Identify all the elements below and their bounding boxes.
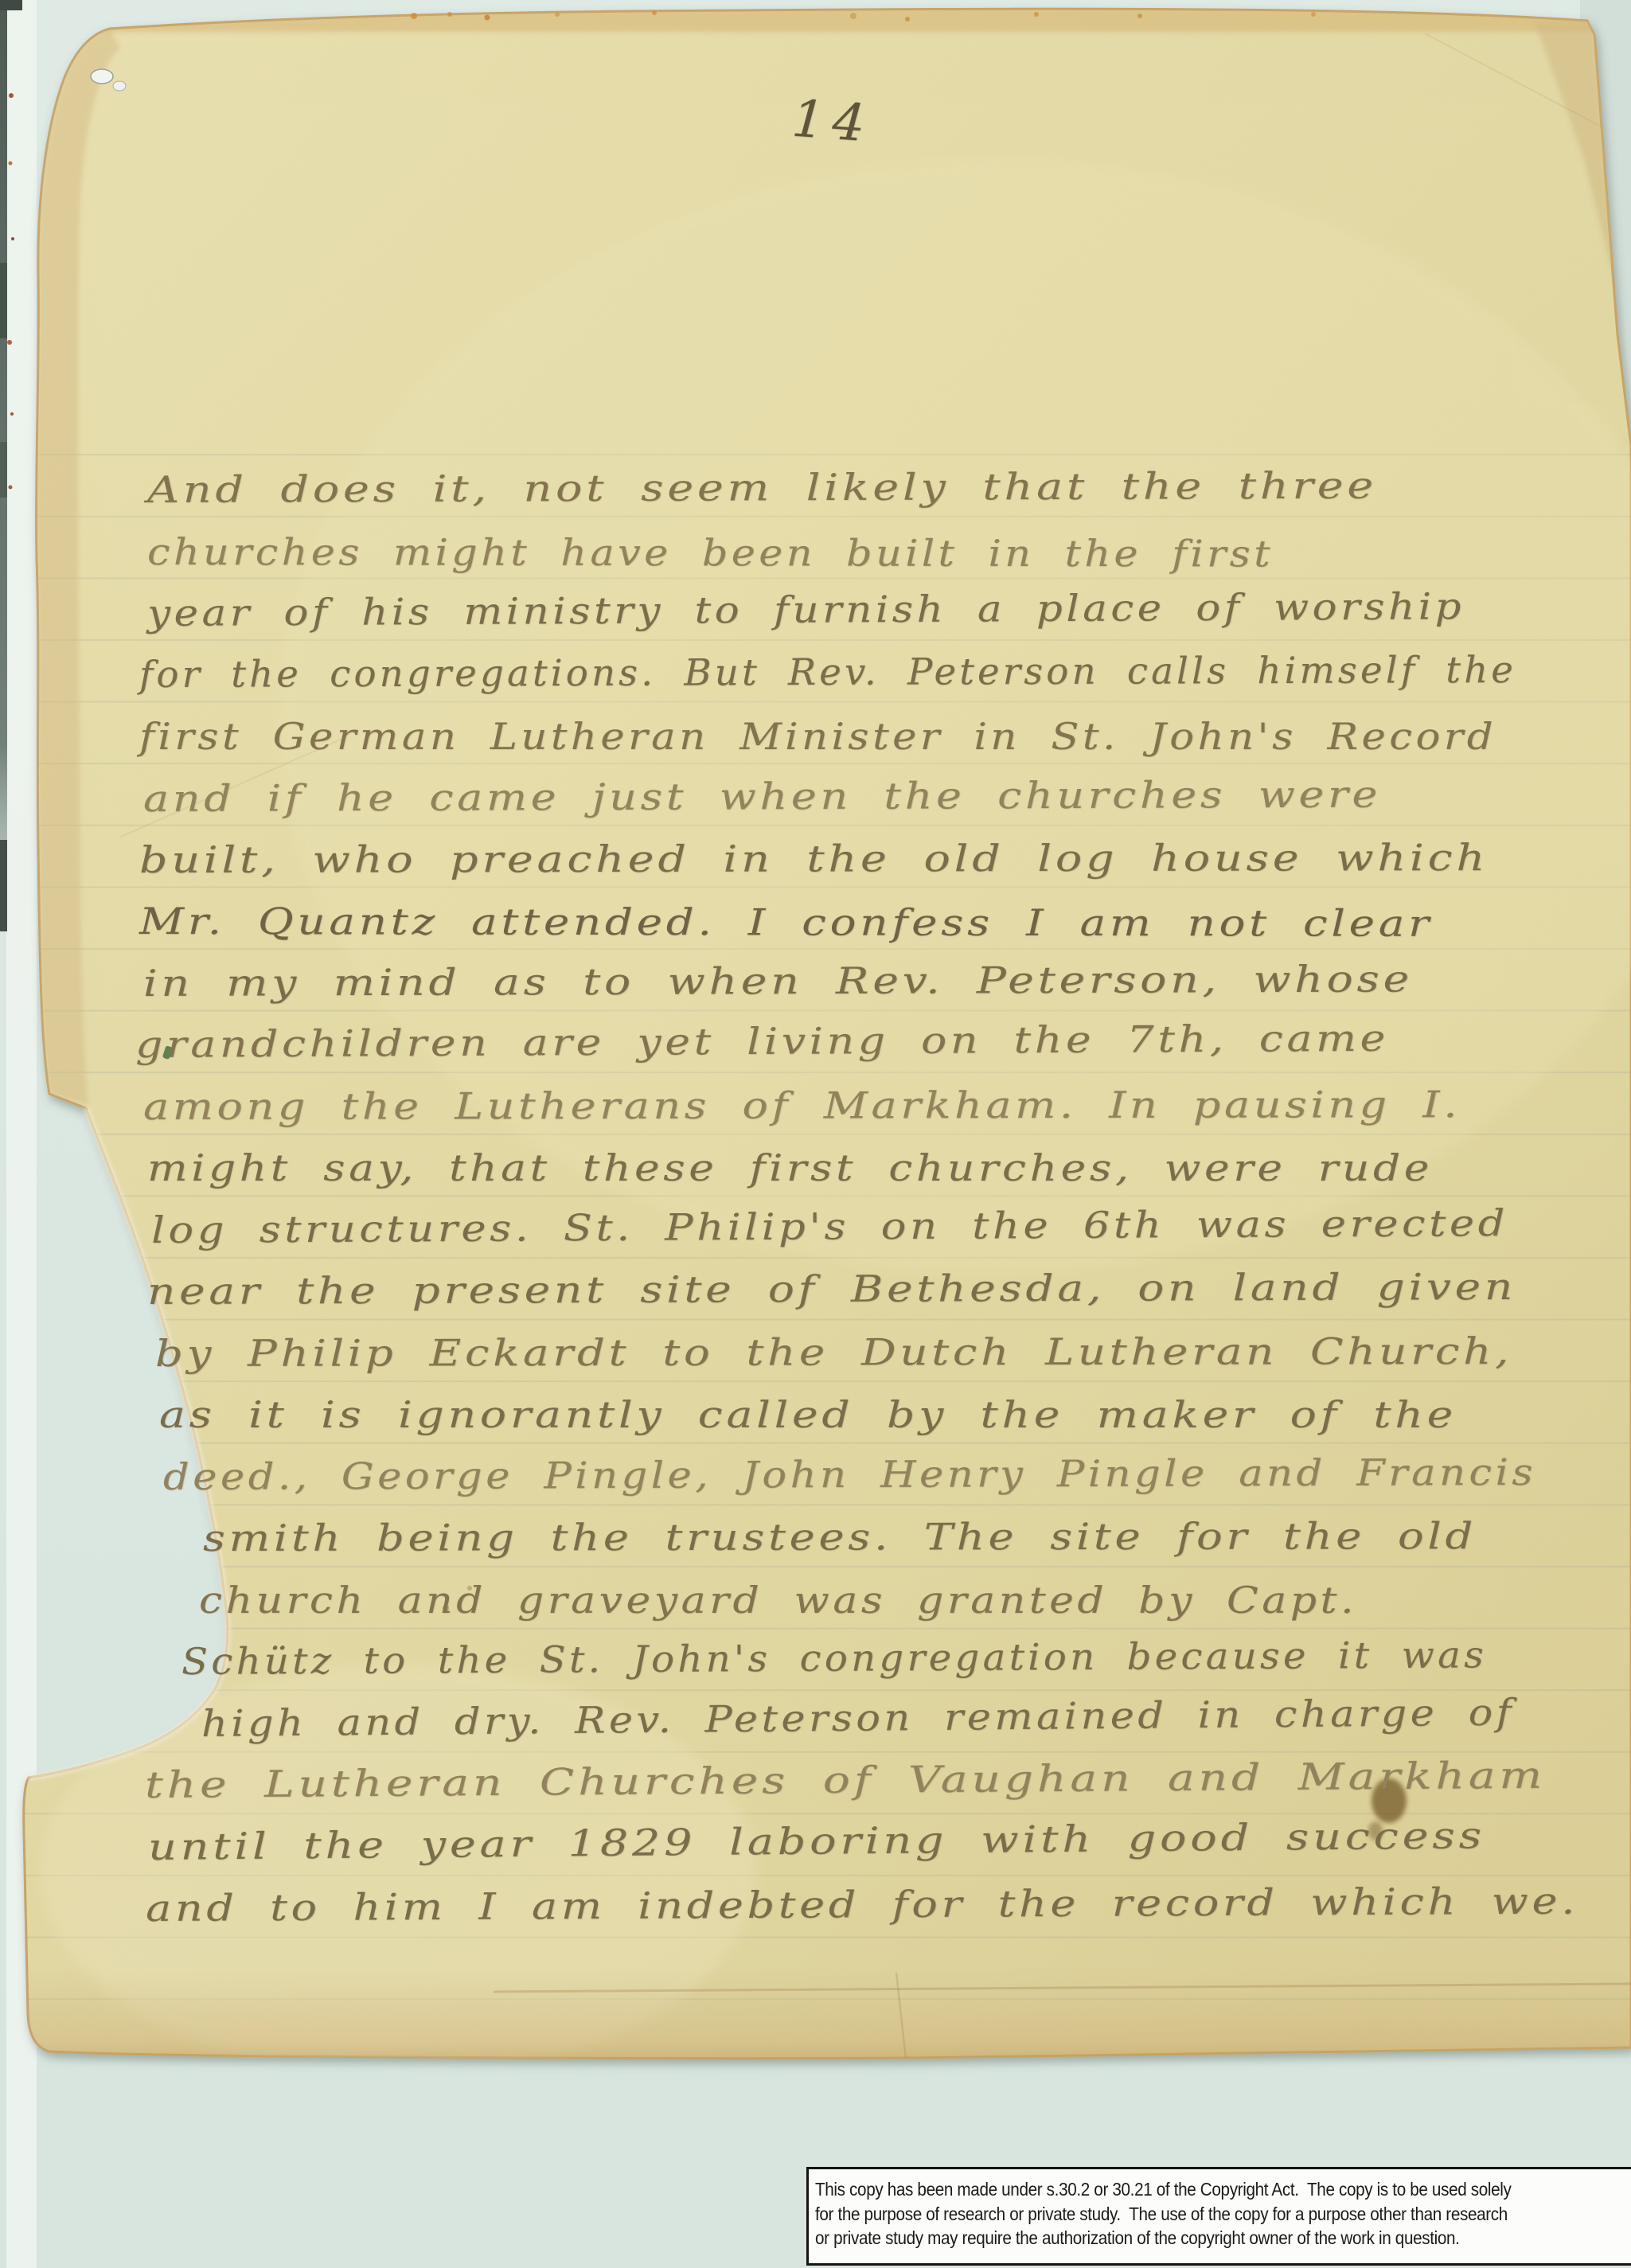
copyright-line: or private study may require the authori…: [815, 2226, 1617, 2250]
handwritten-line: by Philip Eckardt to the Dutch Lutheran …: [155, 1329, 1512, 1375]
handwritten-line: might say, that these first churches, we…: [147, 1146, 1433, 1189]
handwritten-line: as it is ignorantly called by the maker …: [159, 1393, 1457, 1436]
handwritten-line: and to him I am indebted for the record …: [146, 1880, 1578, 1930]
handwritten-line: in my mind as to when Rev. Peterson, who…: [143, 957, 1413, 1005]
handwritten-line: for the congregations. But Rev. Peterson…: [139, 648, 1516, 696]
page-number: 14: [790, 90, 875, 154]
copyright-line: for the purpose of research or private s…: [815, 2202, 1617, 2227]
handwritten-line: smith being the trustees. The site for t…: [203, 1514, 1477, 1559]
scan-strip-mark: [0, 840, 7, 931]
handwritten-line: log structures. St. Philip's on the 6th …: [151, 1201, 1508, 1251]
handwritten-line: first German Lutheran Minister in St. Jo…: [139, 715, 1496, 758]
handwritten-line: year of his ministry to furnish a place …: [147, 584, 1465, 634]
handwritten-line: Schütz to the St. John's congregation be…: [181, 1633, 1487, 1683]
copyright-notice: This copy has been made under s.30.2 or …: [806, 2167, 1631, 2266]
handwritten-line: among the Lutherans of Markham. In pausi…: [143, 1083, 1461, 1128]
handwritten-line: grandchildren are yet living on the 7th,…: [135, 1017, 1389, 1066]
scan-corner-mark: [0, 0, 22, 10]
handwritten-line: churches might have been built in the fi…: [147, 530, 1274, 575]
handwritten-line: Mr. Quantz attended. I confess I am not …: [139, 900, 1433, 945]
scanned-manuscript-page: 14 And does it, not seem likely that the…: [0, 0, 1631, 2268]
handwritten-line: And does it, not seem likely that the th…: [147, 464, 1377, 511]
handwritten-line: built, who preached in the old log house…: [139, 836, 1489, 881]
copyright-notice-text: This copy has been made under s.30.2 or …: [815, 2177, 1617, 2250]
copyright-line: This copy has been made under s.30.2 or …: [815, 2177, 1617, 2202]
handwritten-line: deed., George Pingle, John Henry Pingle …: [163, 1450, 1536, 1498]
handwritten-line: and if he came just when the churches we…: [143, 773, 1381, 820]
scan-strip-mark: [0, 263, 7, 338]
handwritten-line: near the present site of Bethesda, on la…: [147, 1265, 1516, 1313]
handwritten-line: church and graveyard was granted by Capt…: [199, 1579, 1357, 1622]
scan-strip-mark: [0, 442, 7, 498]
